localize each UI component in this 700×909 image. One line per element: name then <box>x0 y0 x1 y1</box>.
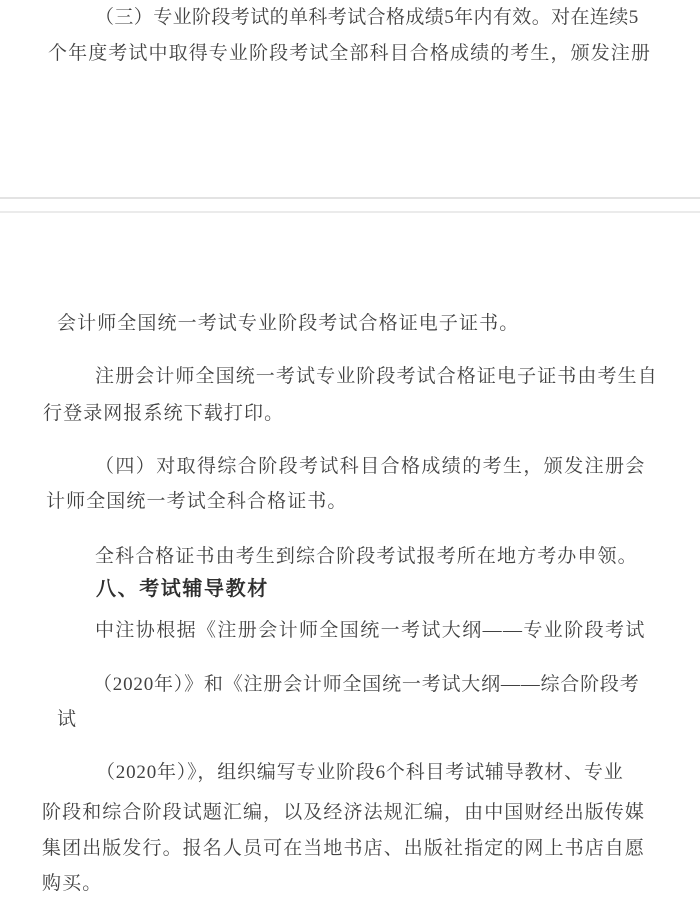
page-divider-upper-rule <box>0 197 700 199</box>
body-line: 个年度考试中取得专业阶段考试全部科目合格成绩的考生，颁发注册 <box>48 44 651 64</box>
body-line: 购买。 <box>42 874 102 894</box>
body-line: 阶段和综合阶段试题汇编，以及经济法规汇编，由中国财经出版传媒 <box>42 803 645 823</box>
body-line: 全科合格证书由考生到综合阶段考试报考所在地方考办申领。 <box>95 547 638 567</box>
body-line: （2020年）》，组织编写专业阶段6个科目考试辅导教材、专业 <box>96 763 624 783</box>
body-line: 集团出版发行。报名人员可在当地书店、出版社指定的网上书店自愿 <box>42 839 645 859</box>
document-page: （三）专业阶段考试的单科考试合格成绩5年内有效。对在连续5 个年度考试中取得专业… <box>0 0 700 909</box>
section-heading: 八、考试辅导教材 <box>96 579 269 599</box>
body-line: 注册会计师全国统一考试专业阶段考试合格证电子证书由考生自 <box>95 367 658 387</box>
body-line: 计师全国统一考试全科合格证书。 <box>46 492 348 512</box>
page-divider-lower-rule <box>0 211 700 213</box>
body-line: （2020年）》和《注册会计师全国统一考试大纲——综合阶段考 <box>93 675 640 695</box>
body-line: 试 <box>57 710 77 730</box>
body-line: 会计师全国统一考试专业阶段考试合格证电子证书。 <box>57 314 519 334</box>
body-line: （三）专业阶段考试的单科考试合格成绩5年内有效。对在连续5 <box>95 8 639 28</box>
body-line: 中注协根据《注册会计师全国统一考试大纲——专业阶段考试 <box>95 621 646 641</box>
body-line: （四）对取得综合阶段考试科目合格成绩的考生，颁发注册会 <box>95 457 646 477</box>
body-line: 行登录网报系统下载打印。 <box>43 404 284 424</box>
